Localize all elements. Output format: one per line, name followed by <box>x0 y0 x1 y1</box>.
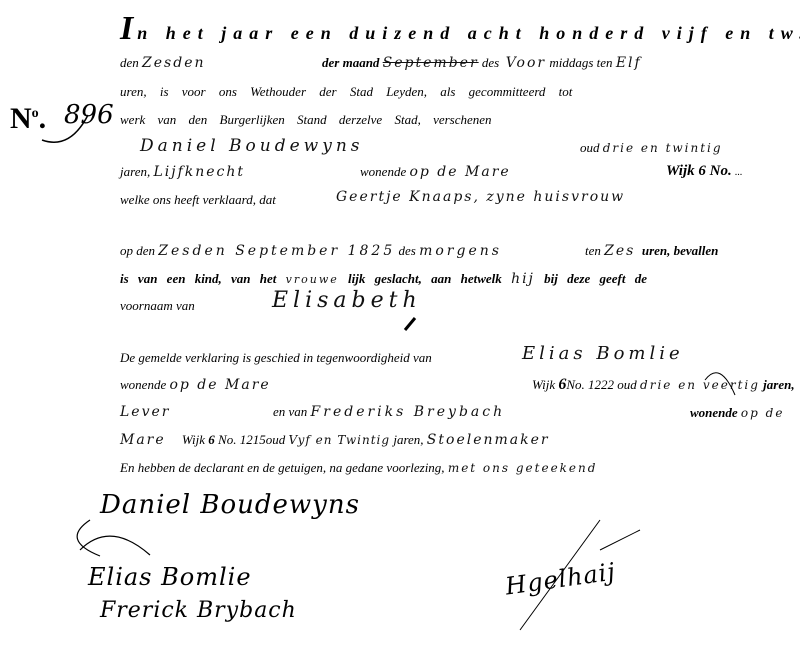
pen-flourishes <box>0 0 800 650</box>
